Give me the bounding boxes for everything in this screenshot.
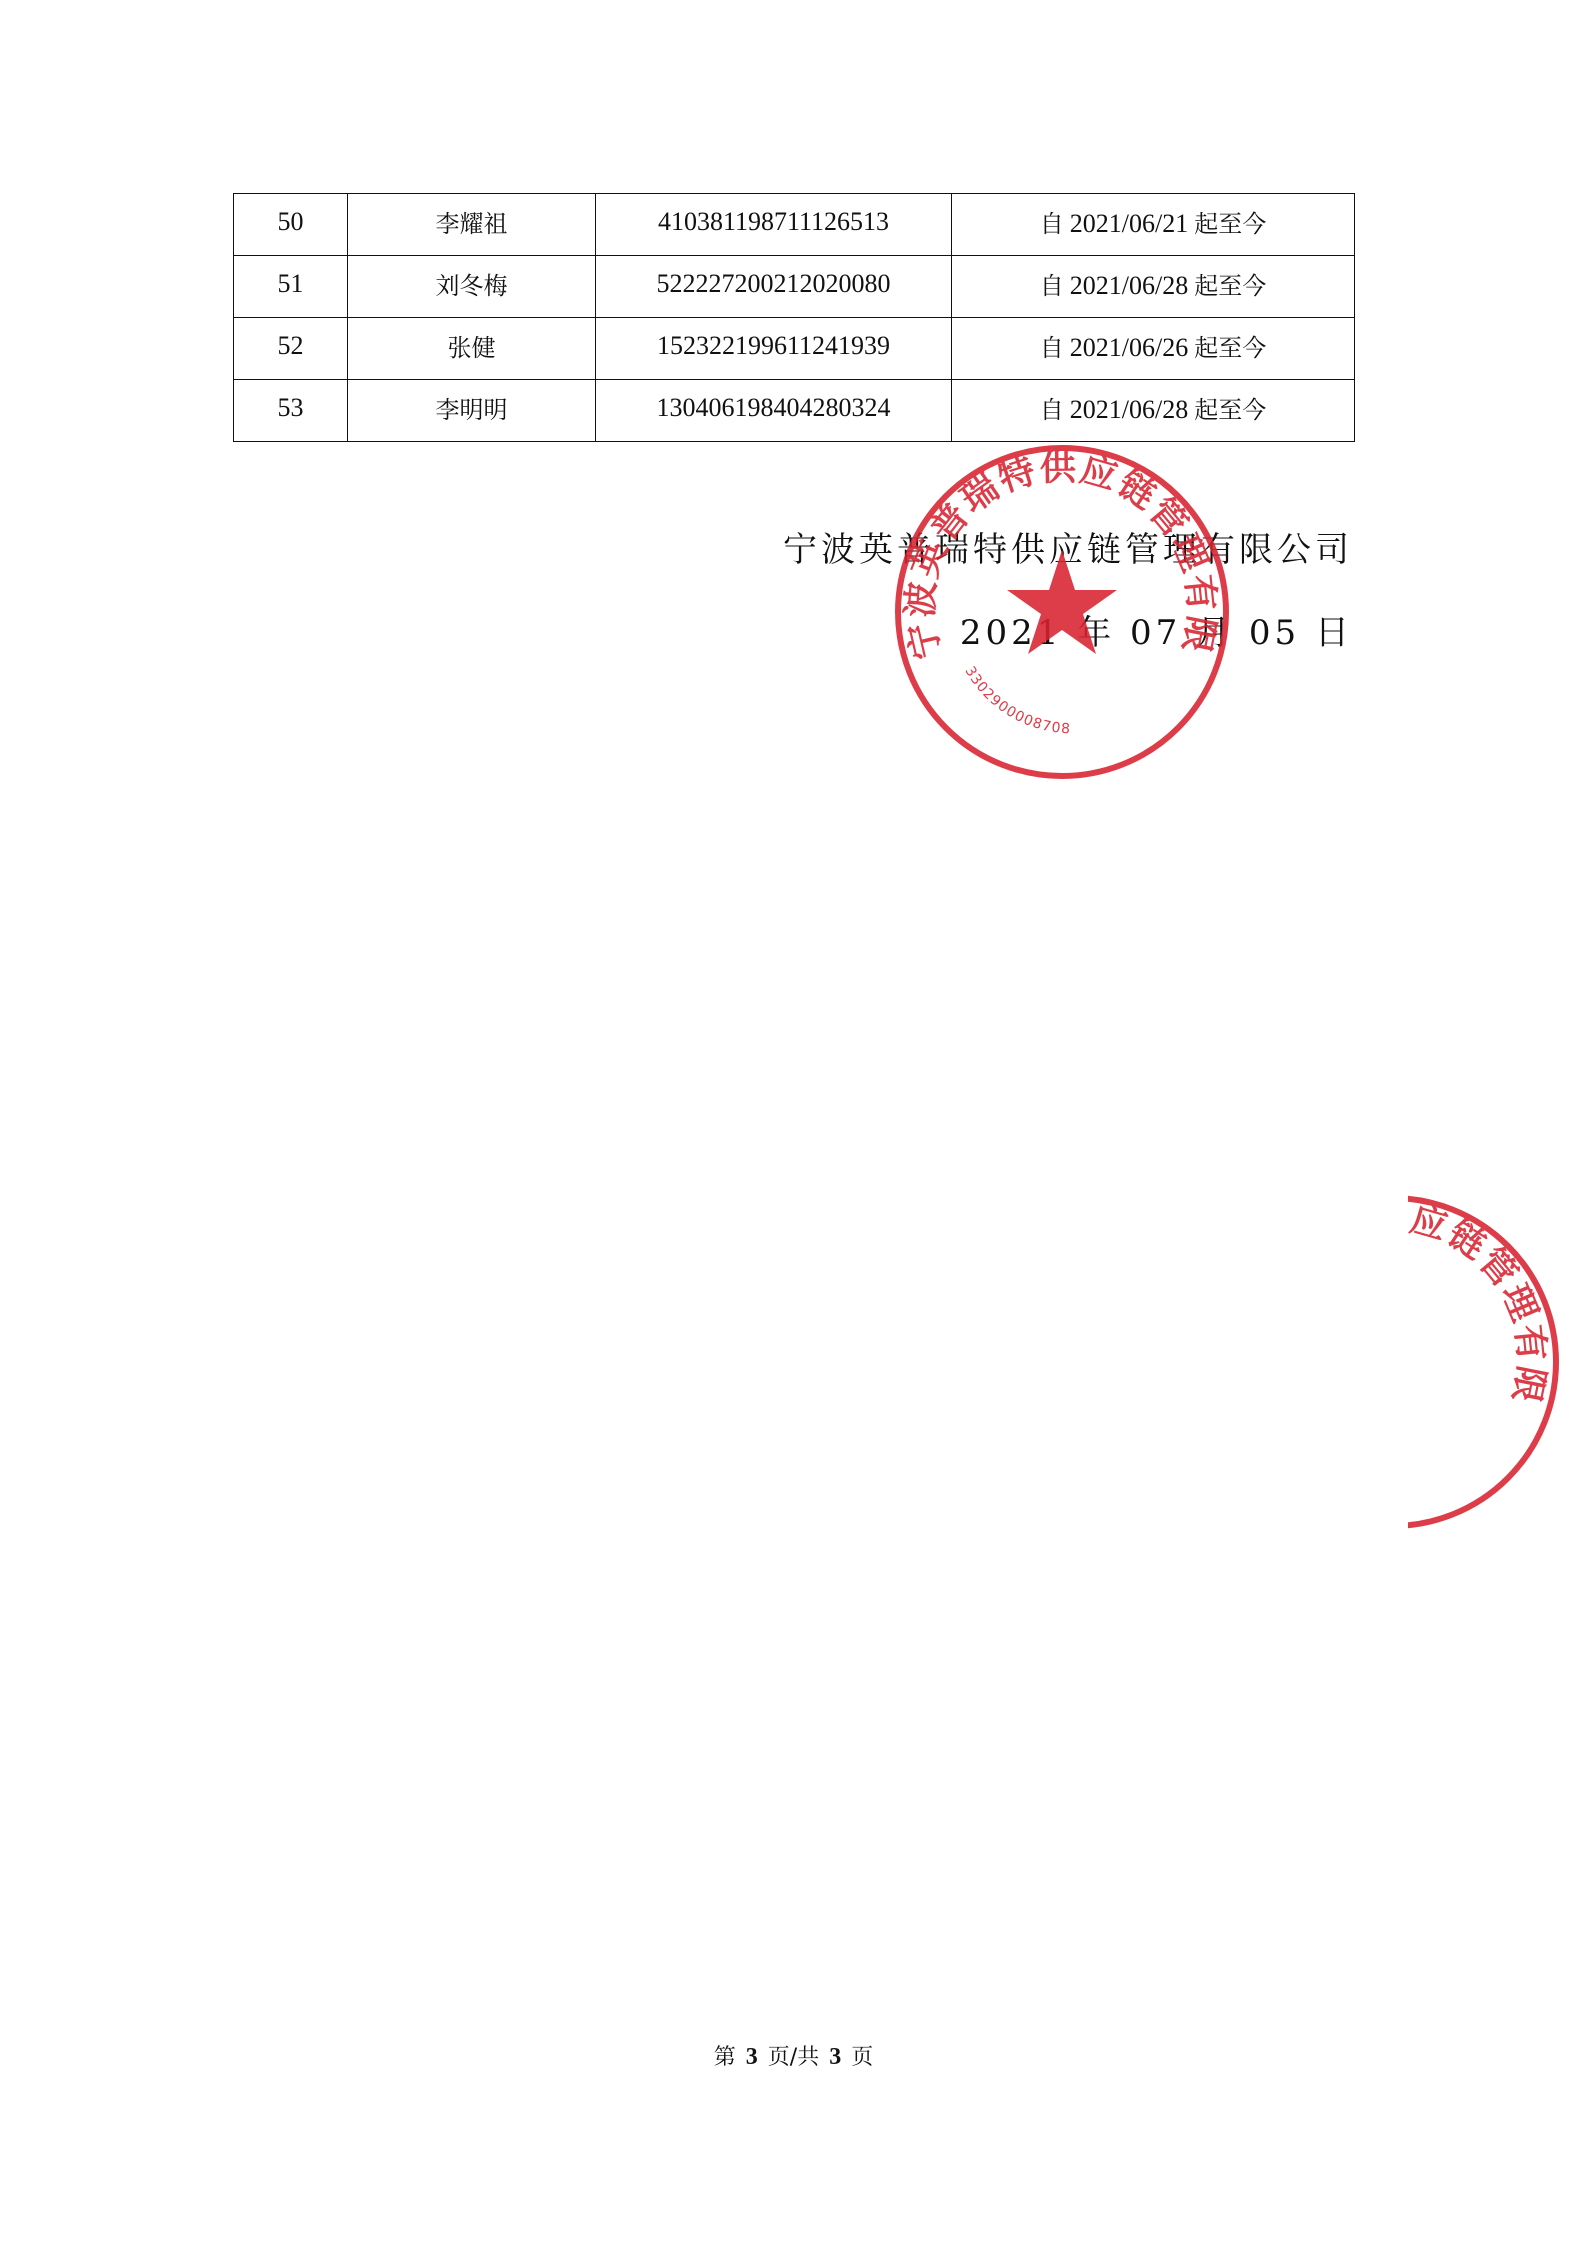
period-suffix: 起至今 xyxy=(1194,396,1266,424)
svg-text:3302900008708: 3302900008708 xyxy=(961,664,1071,738)
employment-period: 自2021/06/28起至今 xyxy=(952,256,1355,318)
period-suffix: 起至今 xyxy=(1194,334,1266,362)
table-row: 50李耀祖410381198711126513自2021/06/21起至今 xyxy=(234,194,1355,256)
period-prefix: 自 xyxy=(1040,210,1064,238)
id-number: 152322199611241939 xyxy=(596,318,952,380)
row-number: 53 xyxy=(234,380,348,442)
id-number: 410381198711126513 xyxy=(596,194,952,256)
table-row: 53李明明130406198404280324自2021/06/28起至今 xyxy=(234,380,1355,442)
employment-period: 自2021/06/28起至今 xyxy=(952,380,1355,442)
stamp-code: 3302900008708 xyxy=(961,664,1071,738)
employee-name: 李耀祖 xyxy=(348,194,596,256)
table-row: 51刘冬梅522227200212020080自2021/06/28起至今 xyxy=(234,256,1355,318)
employee-name: 李明明 xyxy=(348,380,596,442)
period-prefix: 自 xyxy=(1040,272,1064,300)
partial-seal-stamp: 宁波英普瑞特供应链管理有限公司 xyxy=(1408,1190,1565,1535)
svg-text:宁波英普瑞特供应链管理有限公司: 宁波英普瑞特供应链管理有限公司 xyxy=(1408,1190,1552,1413)
perforation-seal-partial: 宁波英普瑞特供应链管理有限公司 xyxy=(1408,1190,1587,1535)
row-number: 51 xyxy=(234,256,348,318)
footer-prefix: 第 xyxy=(714,2045,736,2070)
page-footer: 第3页/共3页 xyxy=(0,2040,1587,2071)
row-number: 52 xyxy=(234,318,348,380)
employment-period: 自2021/06/21起至今 xyxy=(952,194,1355,256)
period-prefix: 自 xyxy=(1040,334,1064,362)
company-signature: 宁波英普瑞特供应链管理有限公司 xyxy=(783,522,1353,571)
id-number: 522227200212020080 xyxy=(596,256,952,318)
employment-period: 自2021/06/26起至今 xyxy=(952,318,1355,380)
signature-date: 2021 年 07 月 05 日 xyxy=(960,605,1353,654)
total-pages-number: 3 xyxy=(829,2044,841,2070)
period-prefix: 自 xyxy=(1040,396,1064,424)
row-number: 50 xyxy=(234,194,348,256)
period-start-date: 2021/06/21 xyxy=(1070,209,1188,238)
period-start-date: 2021/06/26 xyxy=(1070,333,1188,362)
employee-table: 50李耀祖410381198711126513自2021/06/21起至今51刘… xyxy=(233,193,1355,442)
current-page-number: 3 xyxy=(746,2044,758,2070)
footer-suffix: 页 xyxy=(851,2045,873,2070)
period-start-date: 2021/06/28 xyxy=(1070,271,1188,300)
id-number: 130406198404280324 xyxy=(596,380,952,442)
period-suffix: 起至今 xyxy=(1194,210,1266,238)
table-row: 52张健152322199611241939自2021/06/26起至今 xyxy=(234,318,1355,380)
footer-middle: 页/共 xyxy=(768,2045,819,2070)
employee-name: 刘冬梅 xyxy=(348,256,596,318)
period-start-date: 2021/06/28 xyxy=(1070,395,1188,424)
document-page: 50李耀祖410381198711126513自2021/06/21起至今51刘… xyxy=(0,0,1587,2245)
employee-name: 张健 xyxy=(348,318,596,380)
period-suffix: 起至今 xyxy=(1194,272,1266,300)
